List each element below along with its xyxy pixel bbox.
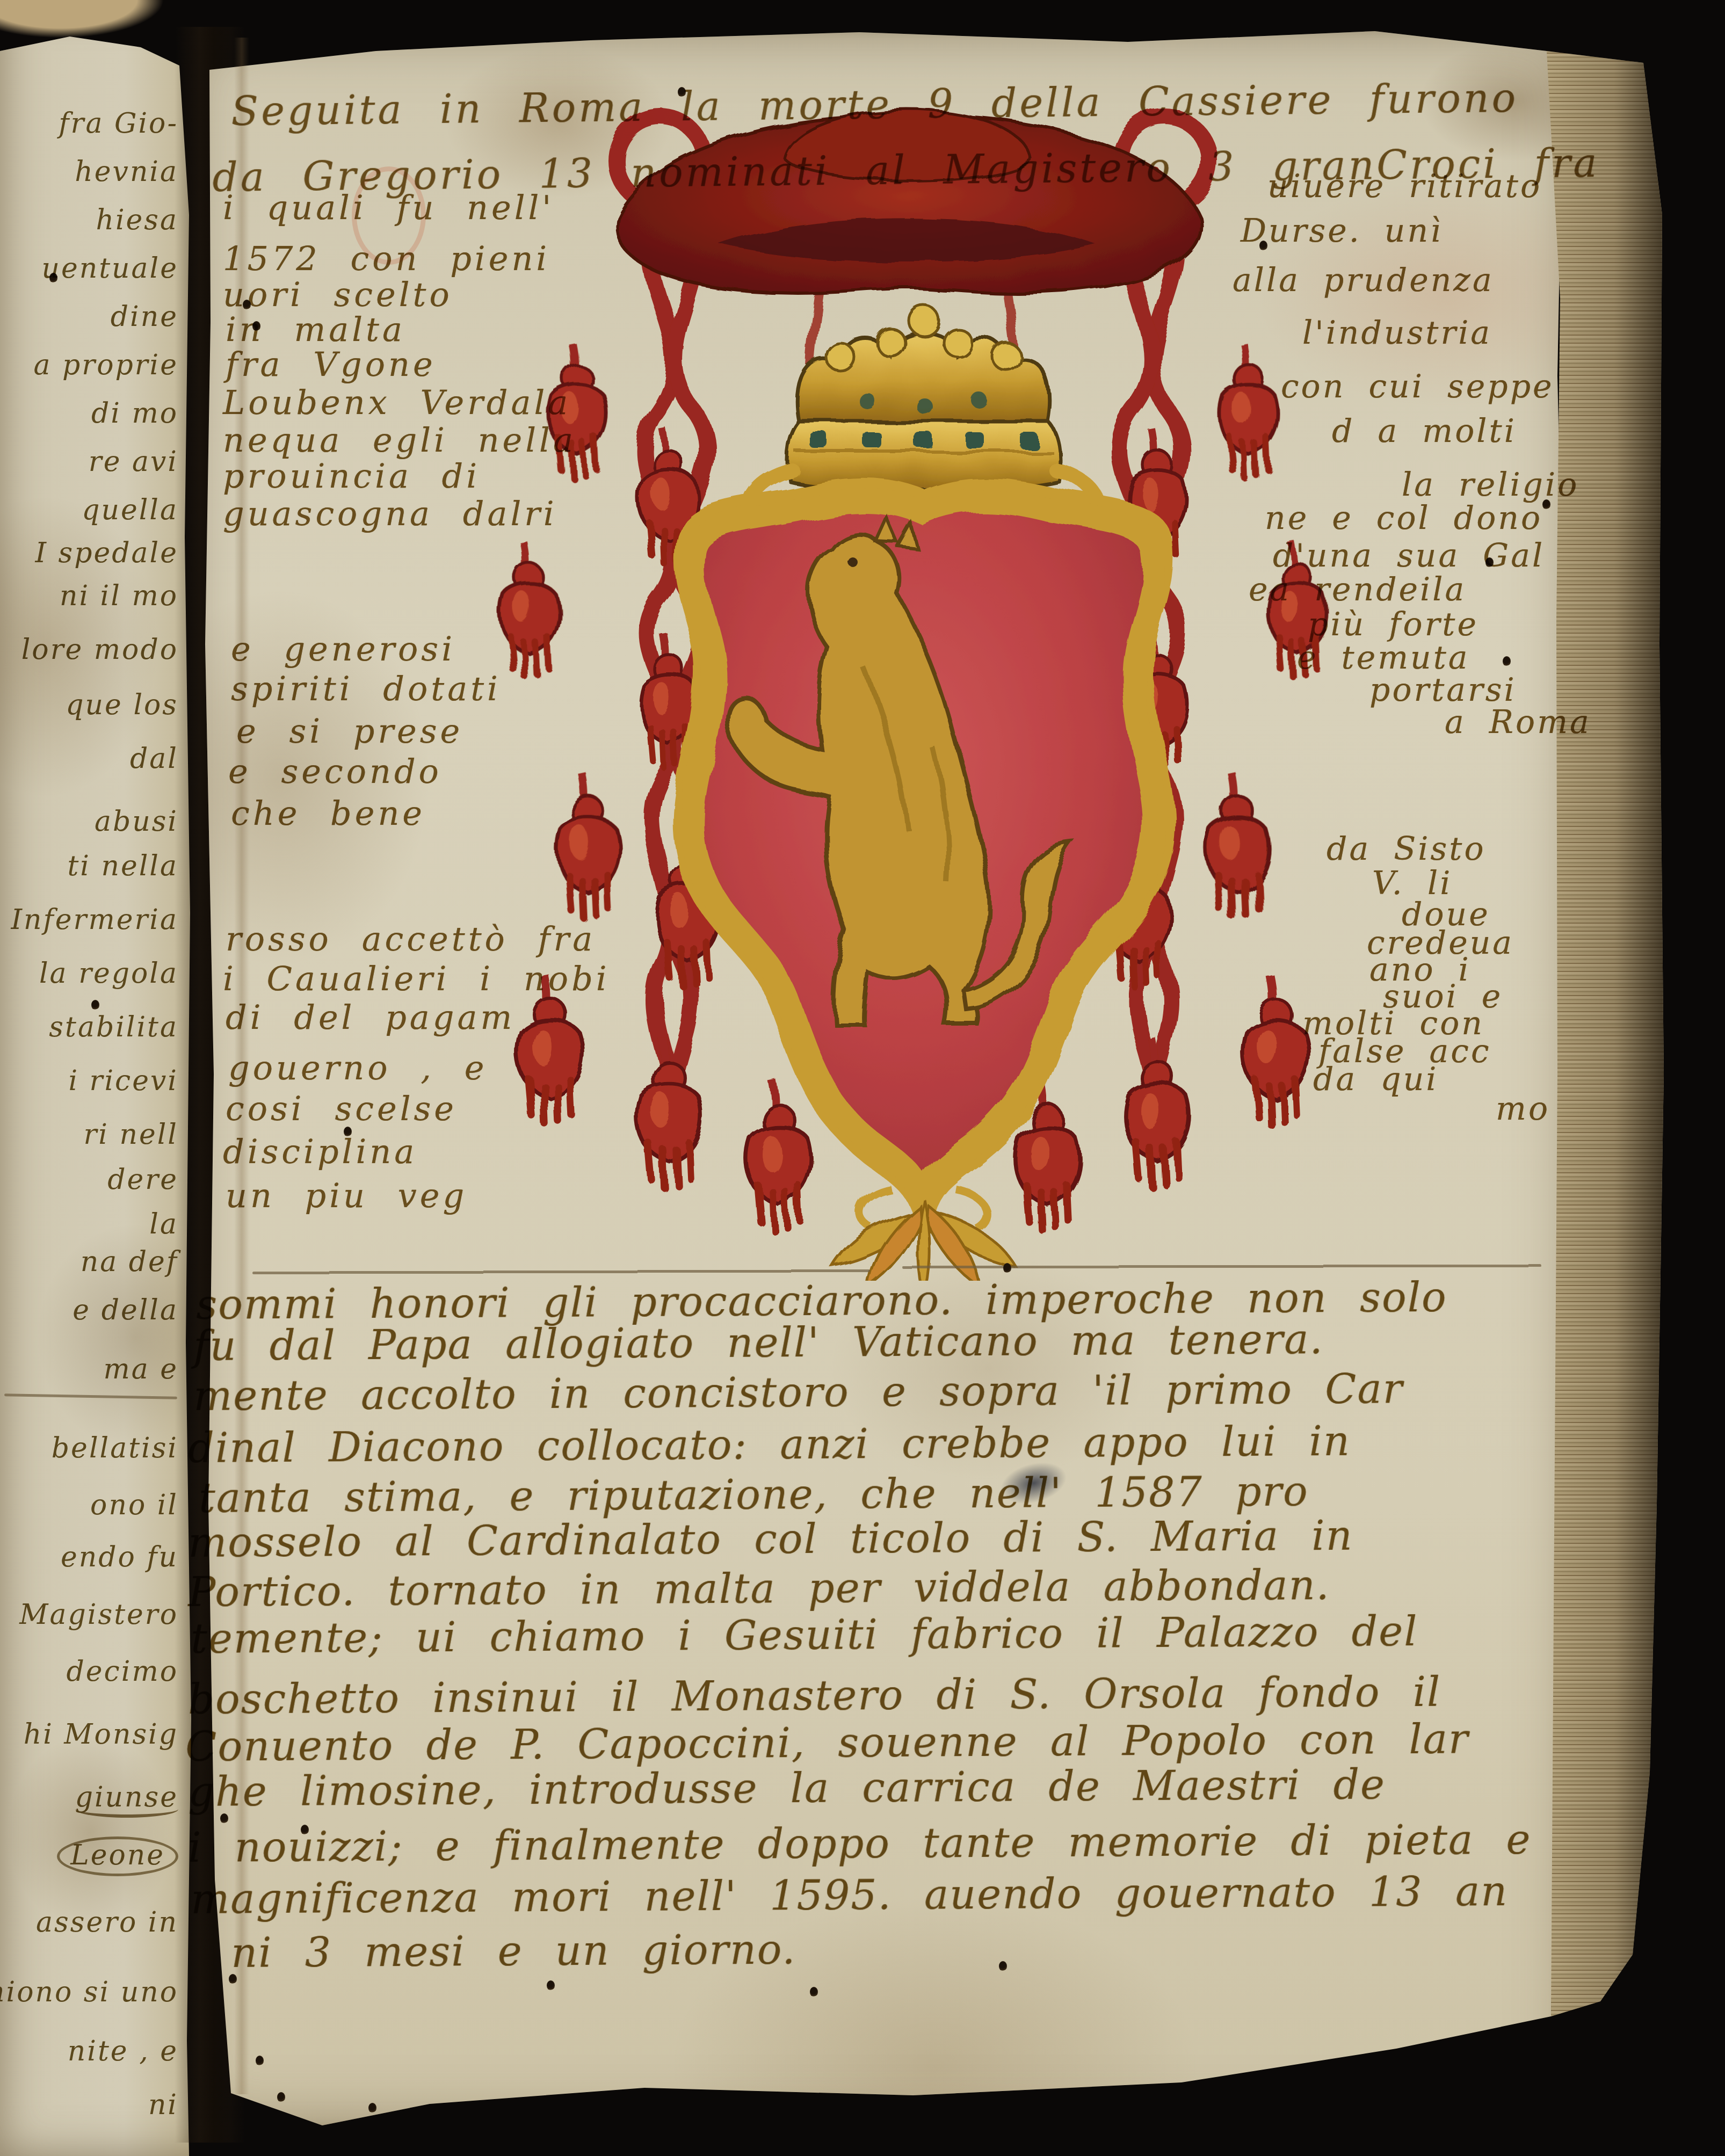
manuscript-line: re avi xyxy=(89,446,178,478)
manuscript-line: stabilita xyxy=(49,1011,178,1043)
manuscript-line: prouincia di xyxy=(223,456,480,496)
manuscript-line: hi Monsig xyxy=(24,1718,178,1751)
manuscript-line: in malta xyxy=(226,310,405,349)
manuscript-line: e generosi xyxy=(231,629,455,669)
manuscript-line: bellatisi xyxy=(52,1432,178,1464)
manuscript-line: uori scelto xyxy=(223,275,453,314)
manuscript-line: e secondo xyxy=(228,752,442,791)
manuscript-line: Magistero xyxy=(19,1599,178,1631)
manuscript-line: guascogna dalri xyxy=(223,494,557,533)
manuscript-line: ma e xyxy=(103,1353,178,1385)
manuscript-line: a proprie xyxy=(33,349,178,381)
manuscript-line: ono il xyxy=(90,1489,178,1521)
manuscript-line: disciplina xyxy=(223,1132,417,1171)
manuscript-line: na def xyxy=(81,1246,178,1278)
manuscript-line: Loubenx Verdala xyxy=(223,383,571,422)
manuscript-line: hevnia xyxy=(75,156,178,188)
manuscript-line: con cui seppe xyxy=(1281,368,1554,405)
wormhole xyxy=(547,1980,555,1991)
manuscript-line: quella xyxy=(82,494,178,526)
wormhole xyxy=(1003,1263,1011,1273)
manuscript-line: ea rendeila xyxy=(1249,571,1466,608)
manuscript-line: nite , e xyxy=(68,2035,178,2067)
manuscript-line: abusi xyxy=(95,805,178,838)
manuscript-line: lore modo xyxy=(21,634,178,666)
manuscript-line: i nouizzi; e finalmente doppo tante memo… xyxy=(188,1816,1532,1871)
wormhole xyxy=(277,2092,285,2102)
manuscript-line: la religio xyxy=(1402,466,1579,504)
manuscript-line: a Roma xyxy=(1445,703,1591,741)
manuscript-line: cosi scelse xyxy=(226,1089,457,1128)
manuscript-line: più forte xyxy=(1308,606,1478,643)
manuscript-line: la regola xyxy=(39,957,178,990)
manuscript-line: assero in xyxy=(36,1906,178,1939)
manuscript-line: ni 3 mesi e un giorno. xyxy=(231,1926,796,1977)
manuscript-line: dine xyxy=(111,301,178,333)
manuscript-line: ti nella xyxy=(67,850,178,882)
manuscript-line: I spedale xyxy=(35,537,178,569)
manuscript-line: dere xyxy=(107,1164,178,1196)
manuscript-line: d'una sua Gal xyxy=(1273,537,1545,575)
manuscript-line: dal xyxy=(130,743,178,775)
manuscript-line: decimo xyxy=(67,1656,178,1688)
page-block-edge xyxy=(1540,30,1675,2027)
manuscript-line: ne e col dono xyxy=(1265,499,1542,537)
manuscript-line: que los xyxy=(66,689,178,721)
manuscript-line: uiuere ritirato xyxy=(1267,168,1542,205)
wormhole xyxy=(368,2103,376,2113)
manuscript-line: Durse. unì xyxy=(1241,212,1443,250)
wormhole xyxy=(91,1000,99,1010)
manuscript-line: la xyxy=(149,1208,178,1240)
manuscript-line: nequa egli nella xyxy=(223,420,576,460)
manuscript-line: ri nell xyxy=(83,1119,178,1151)
manuscript-line: da Sisto xyxy=(1327,830,1486,868)
manuscript-line: endo fu xyxy=(61,1541,178,1573)
manuscript-line: ghe limosine, introdusse la carrica de M… xyxy=(188,1760,1386,1816)
manuscript-line: ni il mo xyxy=(60,580,178,612)
manuscript-line: i quali fu nell' xyxy=(223,188,554,227)
manuscript-line: ni xyxy=(148,2089,178,2121)
manuscript-line: uentuale xyxy=(41,252,178,285)
manuscript-line: l'industria xyxy=(1302,314,1492,352)
manuscript-line: dinal Diacono collocato: anzi crebbe app… xyxy=(188,1417,1351,1472)
manuscript-line: d a molti xyxy=(1332,412,1517,450)
manuscript-line: i Caualieri i nobi xyxy=(223,959,610,998)
manuscript-line: un piu veg xyxy=(226,1176,467,1215)
manuscript-line: Portico. tornato in malta per viddela ab… xyxy=(188,1561,1330,1616)
manuscript-line: di mo xyxy=(91,397,178,430)
manuscript-line: i ricevi xyxy=(68,1065,178,1097)
manuscript-line: hiesa xyxy=(96,204,178,236)
manuscript-line: che bene xyxy=(231,794,425,833)
manuscript-line: niono si uno xyxy=(0,1976,178,2008)
manuscript-line: alla prudenza xyxy=(1233,262,1494,299)
manuscript-line: fra Gio- xyxy=(59,107,178,140)
manuscript-line: e della xyxy=(73,1294,178,1326)
manuscript-line: spiriti dotati xyxy=(231,669,501,708)
manuscript-line: gouerno , e xyxy=(228,1048,487,1087)
manuscript-line: fu dal Papa allogiato nell' Vaticano ma … xyxy=(193,1315,1324,1370)
manuscript-line: Leone xyxy=(57,1836,178,1876)
manuscript-line: fra Vgone xyxy=(226,345,436,384)
manuscript-line: giunse xyxy=(75,1781,178,1818)
manuscript-line: temente; ui chiamo i Gesuiti fabrico il … xyxy=(191,1607,1418,1663)
manuscript-line: boschetto insinui il Monastero di S. Ors… xyxy=(188,1668,1441,1723)
manuscript-line: mosselo al Cardinalato col ticolo di S. … xyxy=(188,1512,1353,1566)
manuscript-line: da qui xyxy=(1313,1061,1439,1098)
manuscript-line: rosso accettò fra xyxy=(226,919,596,959)
manuscript-line: di del pagam xyxy=(226,998,515,1037)
manuscript-line: mente accolto in concistoro e sopra 'il … xyxy=(193,1364,1403,1420)
manuscript-line: magnificenza mori nell' 1595. auendo gou… xyxy=(191,1867,1508,1923)
wormhole xyxy=(1503,656,1511,666)
manuscript-line: mo xyxy=(1496,1090,1550,1128)
wormhole xyxy=(999,1961,1007,1971)
manuscript-line: 1572 con pieni xyxy=(223,239,550,278)
manuscript-line: e si prese xyxy=(236,712,463,751)
manuscript-line: Infermeria xyxy=(11,904,178,936)
wormhole xyxy=(810,1987,818,1997)
wormhole xyxy=(256,2056,264,2066)
